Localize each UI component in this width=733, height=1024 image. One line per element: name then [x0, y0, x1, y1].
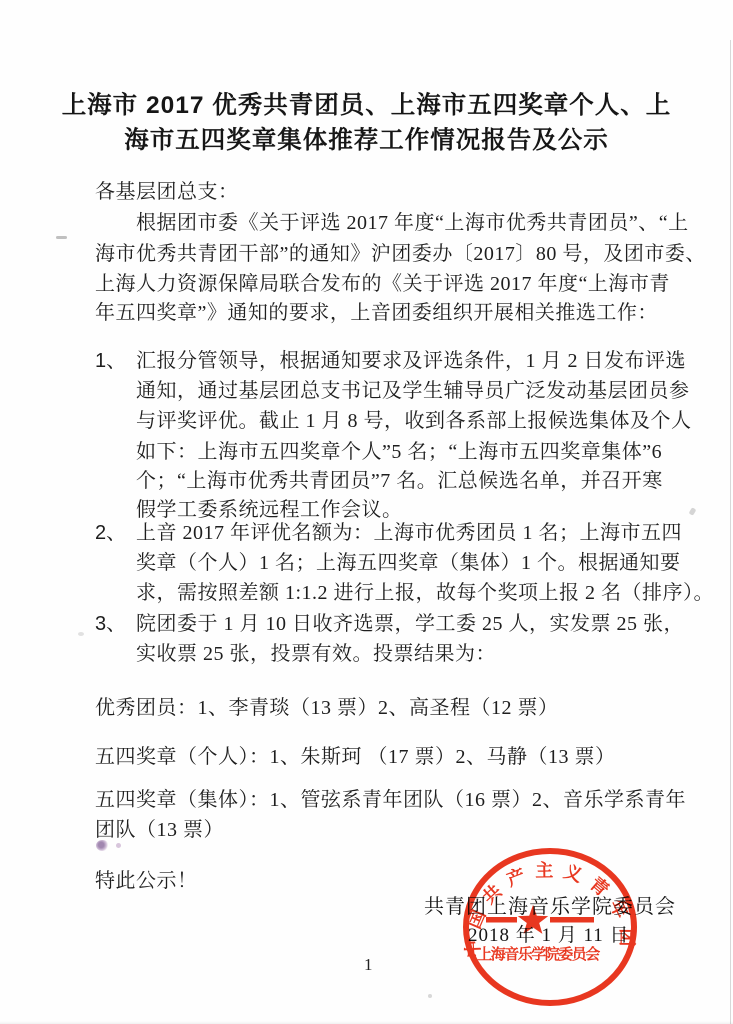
page-title-line-1: 上海市 2017 优秀共青团员、上海市五四奖章个人、上 — [0, 86, 733, 121]
result-medal-collective: 五四奖章（集体）：1、管弦系青年团队（16 票）2、音乐学系青年 — [95, 783, 686, 812]
salutation: 各基层团总支： — [95, 175, 239, 204]
intro-line: 年五四奖章”》通知的要求，上音团委组织开展相关推选工作： — [95, 296, 658, 325]
item2-line: 奖章（个人）1 名；上海五四奖章（集体）1 个。根据通知要 — [136, 546, 681, 575]
intro-line: 海市优秀共青团干部”的通知》沪团委办〔2017〕80 号，及团市委、 — [95, 237, 706, 266]
intro-line: 上海人力资源保障局联合发布的《关于评选 2017 年度“上海市青 — [95, 267, 670, 296]
signature-date: 2018 年 1 月 11 日 — [468, 920, 630, 947]
item3-line: 院团委于 1 月 10 日收齐选票，学工委 25 人，实发票 25 张， — [136, 607, 684, 636]
scan-speck — [116, 843, 121, 848]
scan-speck — [78, 632, 84, 636]
scan-speck — [689, 507, 697, 516]
document-page: 上海市 2017 优秀共青团员、上海市五四奖章个人、上 海市五四奖章集体推荐工作… — [0, 0, 733, 1024]
item1-line: 如下：上海市五四奖章个人”5 名；“上海市五四奖章集体”6 — [136, 435, 662, 464]
page-number: 1 — [364, 955, 373, 975]
result-outstanding-member: 优秀团员：1、李青琰（13 票）2、高圣程（12 票） — [95, 691, 559, 720]
item1-line: 与评奖评优。截止 1 月 8 号，收到各系部上报候选集体及个人 — [136, 404, 692, 433]
item1-line: 个；“上海市优秀共青团员”7 名。汇总候选名单，并召开寒 — [136, 464, 663, 493]
scan-speck — [428, 994, 432, 998]
list-number-3: 3、 — [95, 607, 126, 636]
list-number-1: 1、 — [95, 344, 126, 373]
result-medal-collective-cont: 团队（13 票） — [95, 813, 224, 842]
item3-line: 实收票 25 张，投票有效。投票结果为： — [136, 637, 496, 666]
closing-statement: 特此公示！ — [95, 864, 198, 893]
item1-line: 汇报分管领导，根据通知要求及评选条件，1 月 2 日发布评选 — [136, 344, 686, 373]
result-medal-individual: 五四奖章（个人）：1、朱斯珂 （17 票）2、马静（13 票） — [95, 740, 616, 769]
item2-line: 求，需按照差额 1:1.2 进行上报，故每个奖项上报 2 名（排序）。 — [136, 576, 714, 605]
scan-speck — [56, 236, 67, 239]
seal-bottom-text: 上海音乐学院委员会 — [477, 945, 600, 963]
scan-edge-line — [730, 40, 731, 1024]
signature-org: 共青团上海音乐学院委员会 — [424, 890, 676, 919]
page-title-line-2: 海市五四奖章集体推荐工作情况报告及公示 — [0, 121, 733, 156]
scan-speck — [96, 840, 109, 851]
list-number-2: 2、 — [95, 516, 126, 545]
intro-line: 根据团市委《关于评选 2017 年度“上海市优秀共青团员”、“上 — [136, 206, 689, 235]
item2-line: 上音 2017 年评优名额为：上海市优秀团员 1 名；上海市五四 — [136, 516, 682, 545]
item1-line: 通知，通过基层团总支书记及学生辅导员广泛发动基层团员参 — [136, 374, 690, 403]
